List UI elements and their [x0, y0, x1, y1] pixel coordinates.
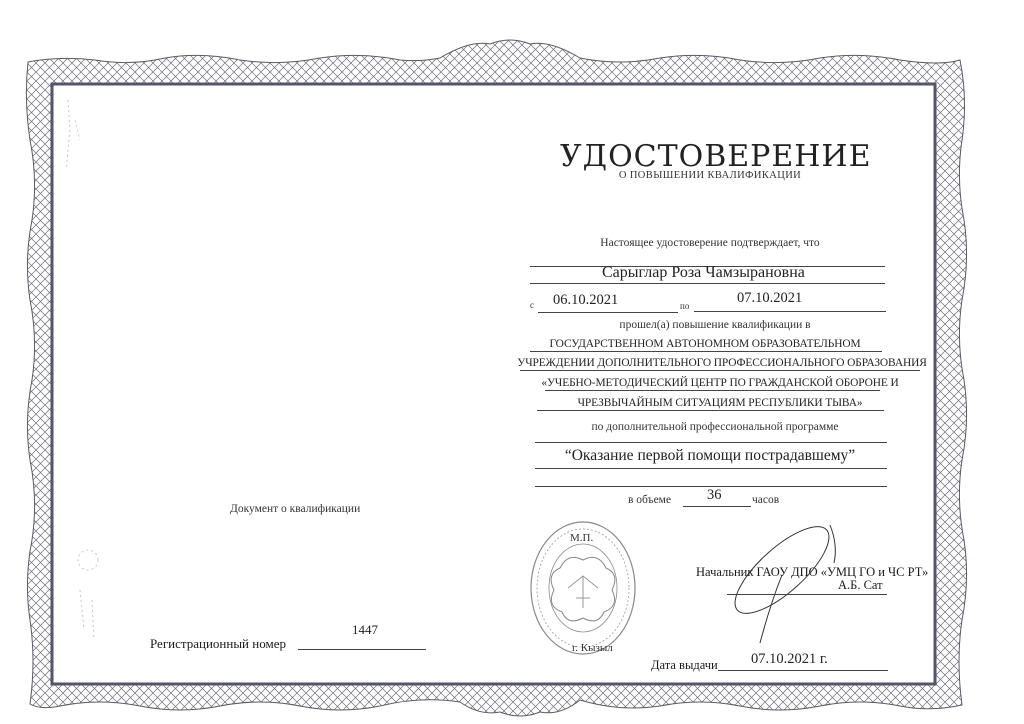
signature-icon: [720, 515, 850, 645]
signature-rule: [727, 594, 887, 595]
from-date: 06.10.2021: [553, 292, 618, 309]
intro-text: Настоящее удостоверение подтверждает, чт…: [540, 237, 880, 249]
to-label: по: [680, 301, 689, 311]
issue-date-rule: [718, 670, 888, 671]
hours-suffix: часов: [752, 494, 779, 506]
to-date: 07.10.2021: [737, 290, 802, 307]
program-name: “Оказание первой помощи пострадавшему”: [535, 447, 885, 465]
issue-date-label: Дата выдачи: [651, 658, 718, 673]
org-rule-4: [537, 410, 884, 411]
document-subtitle: О ПОВЫШЕНИИ КВАЛИФИКАЦИИ: [560, 170, 860, 181]
to-date-rule: [694, 311, 886, 312]
organization-line-4: ЧРЕЗВЫЧАЙНЫМ СИТУАЦИЯМ РЕСПУБЛИКИ ТЫВА»: [540, 397, 900, 409]
org-rule-2: [520, 370, 920, 371]
program-top-rule: [535, 442, 887, 443]
registration-label: Регистрационный номер: [150, 636, 286, 652]
org-rule-3: [545, 390, 880, 391]
signatory-position: Начальник ГАОУ ДПО «УМЦ ГО и ЧС РТ»: [696, 565, 928, 580]
program-bottom-rule: [535, 468, 887, 469]
mp-label: М.П.: [570, 532, 593, 544]
registration-number: 1447: [352, 622, 378, 638]
hours-rule: [683, 506, 751, 507]
signatory-name: А.Б. Сат: [838, 578, 883, 593]
organization-line-3: «УЧЕБНО-МЕТОДИЧЕСКИЙ ЦЕНТР ПО ГРАЖДАНСКО…: [540, 377, 900, 389]
hours-prefix: в объеме: [628, 494, 671, 506]
completed-text: прошел(а) повышение квалификации в: [560, 319, 870, 331]
full-name: Сарыглар Роза Чамзырановна: [602, 264, 805, 282]
hours-value: 36: [707, 487, 722, 504]
registration-rule: [298, 649, 426, 650]
qualification-doc-label: Документ о квалификации: [230, 503, 360, 515]
issue-date: 07.10.2021 г.: [751, 651, 828, 668]
from-date-rule: [538, 312, 678, 313]
document-title: УДОСТОВЕРЕНИЕ: [560, 139, 860, 174]
stamp-city: г. Кызыл: [572, 642, 613, 654]
name-bottom-rule: [530, 283, 885, 284]
from-label: с: [530, 300, 534, 310]
organization-line-2: УЧРЕЖДЕНИИ ДОПОЛНИТЕЛЬНОГО ПРОФЕССИОНАЛЬ…: [512, 357, 932, 369]
organization-line-1: ГОСУДАРСТВЕННОМ АВТОНОМНОМ ОБРАЗОВАТЕЛЬН…: [530, 338, 880, 350]
program-label: по дополнительной профессиональной прогр…: [540, 421, 890, 433]
org-rule-1: [530, 351, 882, 352]
